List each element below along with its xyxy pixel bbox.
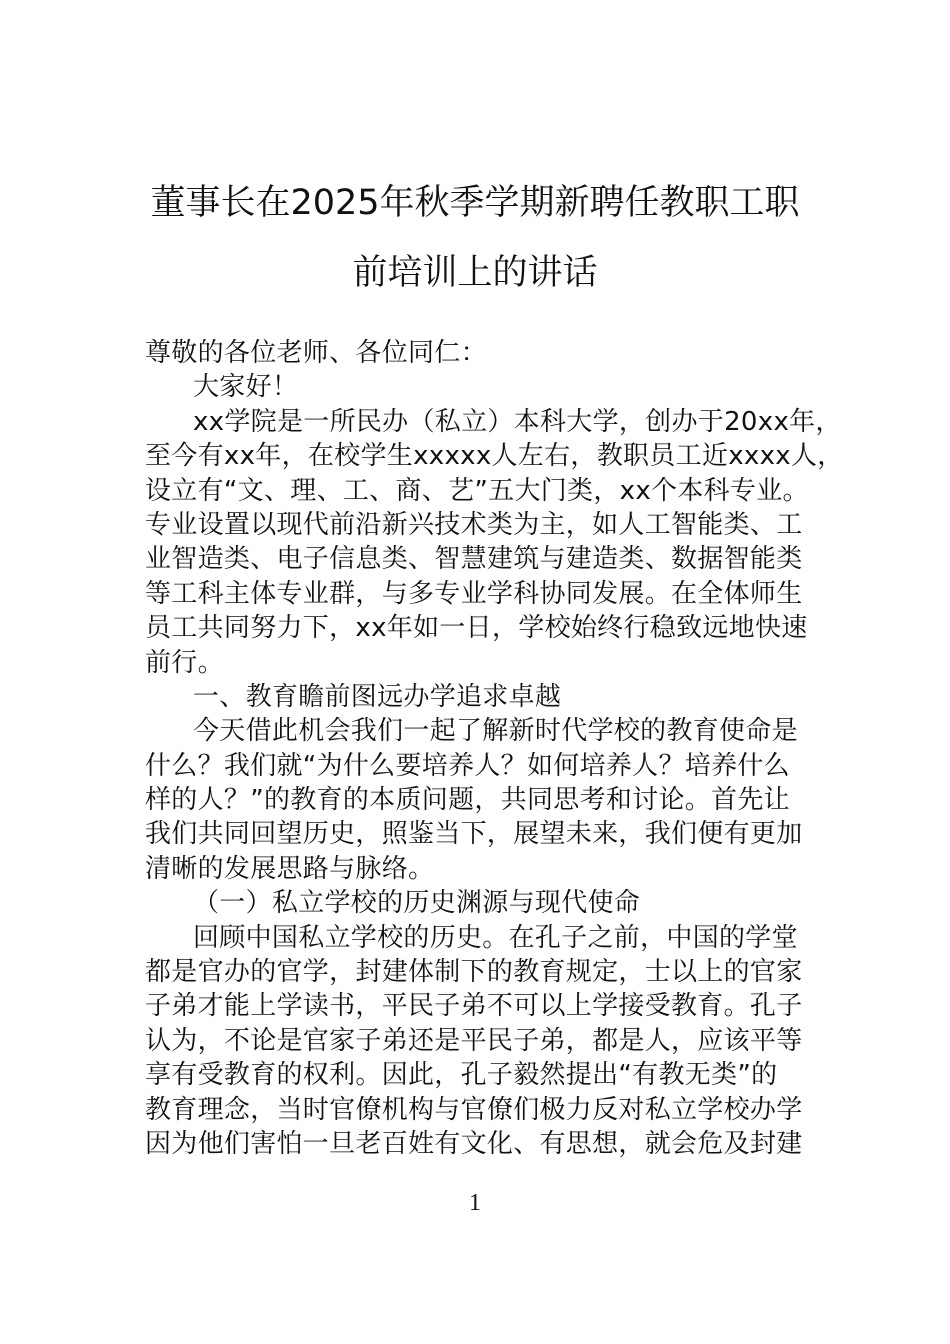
paragraph-line: 子弟才能上学读书，平民子弟不可以上学接受教育。孔子 — [145, 989, 845, 1023]
paragraph-mission: 今天借此机会我们一起了解新时代学校的教育使命是 什么？我们就“为什么要培养人？如… — [145, 714, 845, 886]
title-line-2: 前培训上的讲话 — [0, 238, 950, 308]
page-number: 1 — [0, 1188, 950, 1218]
greeting: 大家好！ — [145, 370, 845, 404]
paragraph-line: 清晰的发展思路与脉络。 — [145, 852, 845, 886]
paragraph-line: 等工科主体专业群，与多专业学科协同发展。在全体师生 — [145, 577, 845, 611]
document-page: 董事长在2025年秋季学期新聘任教职工职 前培训上的讲话 尊敬的各位老师、各位同… — [0, 0, 950, 1344]
paragraph-line: 认为，不论是官家子弟还是平民子弟，都是人，应该平等 — [145, 1024, 845, 1058]
salutation: 尊敬的各位老师、各位同仁： — [145, 336, 845, 370]
paragraph-line: 前行。 — [145, 646, 845, 680]
paragraph-line: 享有受教育的权利。因此，孔子毅然提出“有教无类”的 — [145, 1058, 845, 1092]
document-body: 尊敬的各位老师、各位同仁： 大家好！ xx学院是一所民办（私立）本科大学，创办于… — [145, 336, 845, 1161]
paragraph-line: 业智造类、电子信息类、智慧建筑与建造类、数据智能类 — [145, 542, 845, 576]
paragraph-line: 我们共同回望历史，照鉴当下，展望未来，我们便有更加 — [145, 817, 845, 851]
paragraph-line: 回顾中国私立学校的历史。在孔子之前，中国的学堂 — [145, 921, 845, 955]
paragraph-line: 至今有xx年，在校学生xxxxx人左右，教职员工近xxxx人， — [145, 439, 845, 473]
paragraph-line: 员工共同努力下，xx年如一日，学校始终行稳致远地快速 — [145, 611, 845, 645]
section-heading-1: 一、教育瞻前图远办学追求卓越 — [145, 680, 845, 714]
paragraph-line: 因为他们害怕一旦老百姓有文化、有思想，就会危及封建 — [145, 1127, 845, 1161]
paragraph-line: xx学院是一所民办（私立）本科大学，创办于20xx年， — [145, 405, 845, 439]
paragraph-line: 都是官办的官学，封建体制下的教育规定，士以上的官家 — [145, 955, 845, 989]
paragraph-line: 今天借此机会我们一起了解新时代学校的教育使命是 — [145, 714, 845, 748]
paragraph-line: 教育理念，当时官僚机构与官僚们极力反对私立学校办学 — [145, 1093, 845, 1127]
paragraph-line: 什么？我们就“为什么要培养人？如何培养人？培养什么 — [145, 749, 845, 783]
paragraph-line: 样的人？”的教育的本质问题，共同思考和讨论。首先让 — [145, 783, 845, 817]
paragraph-intro: xx学院是一所民办（私立）本科大学，创办于20xx年， 至今有xx年，在校学生x… — [145, 405, 845, 680]
paragraph-line: 专业设置以现代前沿新兴技术类为主，如人工智能类、工 — [145, 508, 845, 542]
title-line-1: 董事长在2025年秋季学期新聘任教职工职 — [0, 168, 950, 238]
subsection-heading-1-1: （一）私立学校的历史渊源与现代使命 — [145, 886, 845, 920]
paragraph-history: 回顾中国私立学校的历史。在孔子之前，中国的学堂 都是官办的官学，封建体制下的教育… — [145, 921, 845, 1162]
document-title: 董事长在2025年秋季学期新聘任教职工职 前培训上的讲话 — [0, 168, 950, 308]
paragraph-line: 设立有“文、理、工、商、艺”五大门类，xx个本科专业。 — [145, 474, 845, 508]
